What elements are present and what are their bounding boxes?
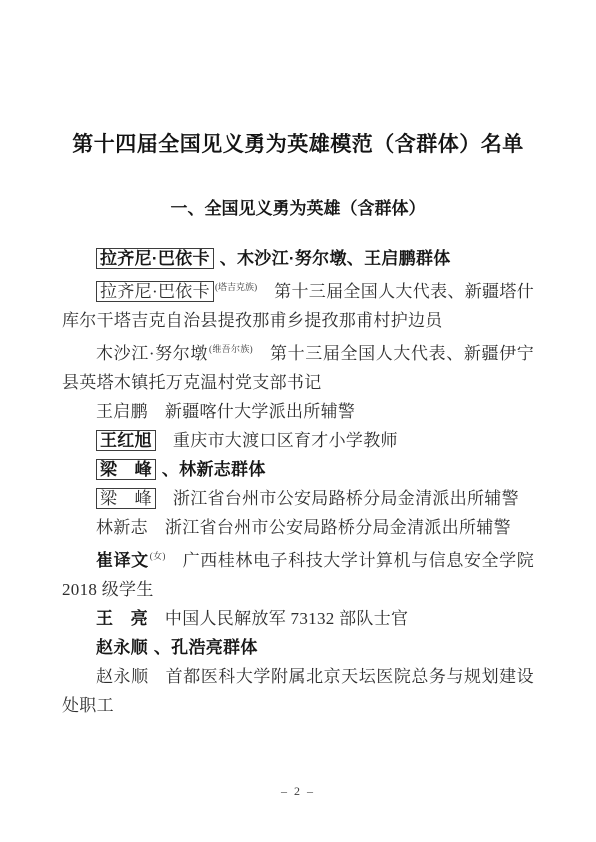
person-role: 中国人民解放军 73132 部队士官 xyxy=(165,609,408,628)
entry-paragraph: 拉齐尼·巴依卡(塔吉克族)第十三届全国人大代表、新疆塔什库尔干塔吉克自治县提孜那… xyxy=(62,273,534,335)
person-name-boxed: 拉齐尼·巴依卡 xyxy=(96,248,214,269)
person-role: 浙江省台州市公安局路桥分局金清派出所辅警 xyxy=(165,518,511,537)
page-number: – 2 – xyxy=(0,784,596,799)
person-name: 王 亮 xyxy=(96,609,148,628)
entry-paragraph: 木沙江·努尔墩(维吾尔族)第十三届全国人大代表、新疆伊宁县英塔木镇托万克温村党支… xyxy=(62,335,534,397)
group-heading: 赵永顺、孔浩亮群体 xyxy=(62,633,534,662)
person-name: 林新志 xyxy=(96,518,148,537)
person-name: 、孔浩亮群体 xyxy=(154,638,258,657)
person-name: 赵永顺 xyxy=(96,667,149,686)
superscript-note: (塔吉克族) xyxy=(215,282,257,292)
person-role: 浙江省台州市公安局路桥分局金清派出所辅警 xyxy=(173,489,519,508)
group-heading: 拉齐尼·巴依卡、木沙江·努尔墩、王启鹏群体 xyxy=(62,244,534,273)
entry-paragraph: 王启鹏新疆喀什大学派出所辅警 xyxy=(62,397,534,426)
entry-paragraph: 王红旭重庆市大渡口区育才小学教师 xyxy=(62,426,534,455)
person-name: 、木沙江·努尔墩、王启鹏群体 xyxy=(220,249,451,268)
superscript-note: (维吾尔族) xyxy=(209,344,253,354)
entry-paragraph: 林新志浙江省台州市公安局路桥分局金清派出所辅警 xyxy=(62,513,534,542)
document-title: 第十四届全国见义勇为英雄模范（含群体）名单 xyxy=(0,128,596,158)
person-role: 新疆喀什大学派出所辅警 xyxy=(165,402,355,421)
person-name: 、林新志群体 xyxy=(162,460,266,479)
person-name-boxed: 拉齐尼·巴依卡 xyxy=(96,281,214,302)
entry-paragraph: 王 亮中国人民解放军 73132 部队士官 xyxy=(62,604,534,633)
person-name: 赵永顺 xyxy=(96,638,148,657)
section-heading: 一、全国见义勇为英雄（含群体） xyxy=(0,194,596,219)
entry-paragraph: 赵永顺首都医科大学附属北京天坛医院总务与规划建设处职工 xyxy=(62,662,534,720)
person-name: 木沙江·努尔墩 xyxy=(96,344,208,363)
entry-paragraph: 梁 峰浙江省台州市公安局路桥分局金清派出所辅警 xyxy=(62,484,534,513)
document-body: 拉齐尼·巴依卡、木沙江·努尔墩、王启鹏群体拉齐尼·巴依卡(塔吉克族)第十三届全国… xyxy=(62,244,534,720)
person-name-boxed: 梁 峰 xyxy=(96,488,156,509)
entry-paragraph: 崔译文(女)广西桂林电子科技大学计算机与信息安全学院2018 级学生 xyxy=(62,542,534,604)
document-page: 第十四届全国见义勇为英雄模范（含群体）名单 一、全国见义勇为英雄（含群体） 拉齐… xyxy=(0,0,596,842)
superscript-note: (女) xyxy=(150,551,166,561)
person-name-boxed: 王红旭 xyxy=(96,430,156,451)
group-heading: 梁 峰、林新志群体 xyxy=(62,455,534,484)
person-name: 王启鹏 xyxy=(96,402,148,421)
person-role: 重庆市大渡口区育才小学教师 xyxy=(173,431,398,450)
person-name: 崔译文 xyxy=(96,551,149,570)
person-name-boxed: 梁 峰 xyxy=(96,459,156,480)
